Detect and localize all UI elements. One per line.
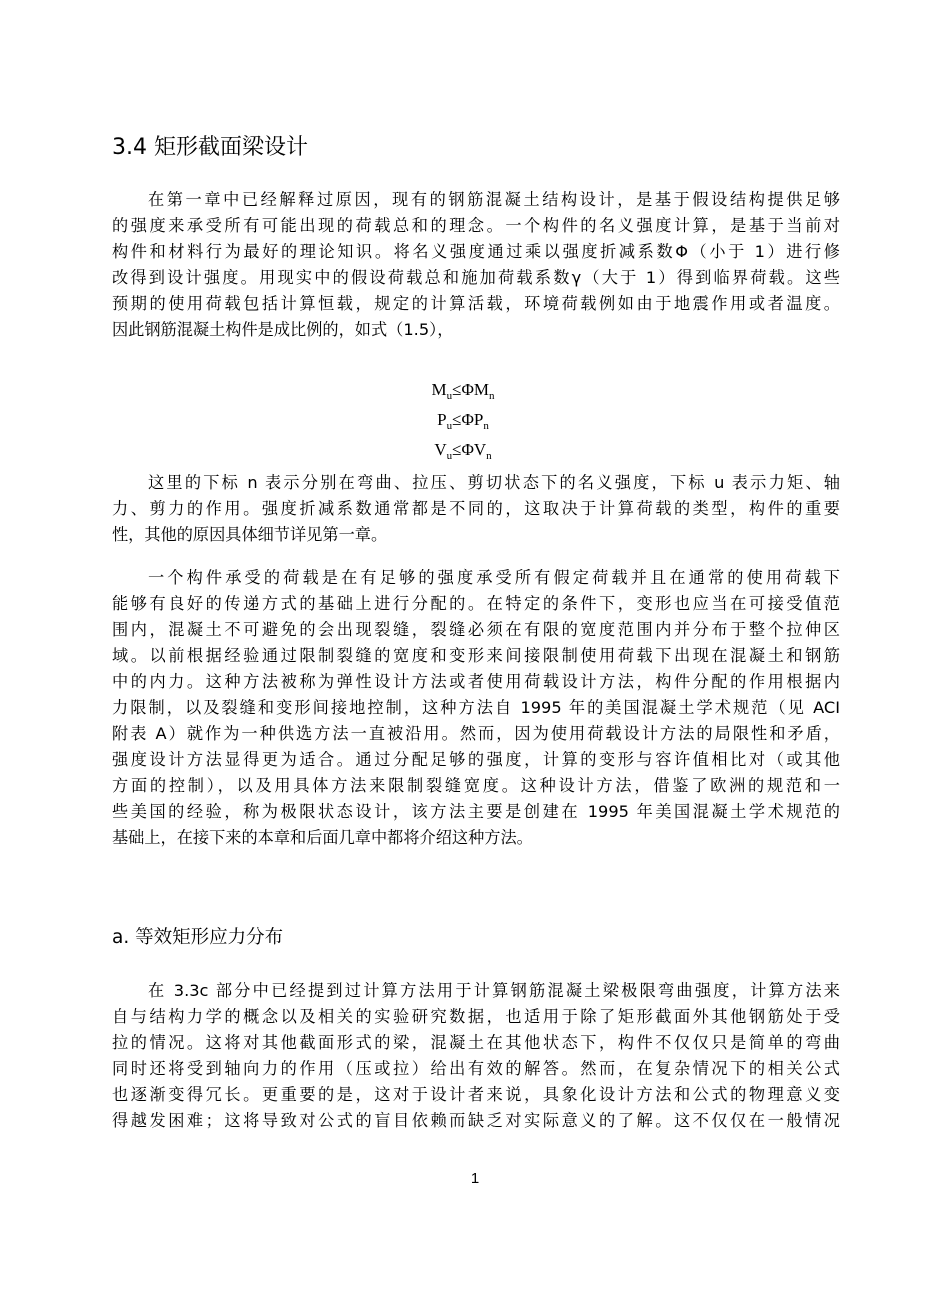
p2-line-2: 力、剪力的作用。强度折减系数通常都是不同的，这取决于计算荷载的类型，构件的重要 (112, 496, 840, 522)
p3-line-10: 些美国的经验，称为极限状态设计，该方法主要是创建在 1995 年美国混凝土学术规… (112, 799, 840, 825)
p1-line-5: 预期的使用荷载包括计算恒载，规定的计算活载，环境荷载例如由于地震作用或者温度。 (112, 291, 840, 317)
p4-line-2: 自与结构力学的概念以及相关的实验研究数据，也适用于除了矩形截面外其他钢筋处于受 (112, 1004, 840, 1030)
document-page: 3.4 矩形截面梁设计 在第一章中已经解释过原因，现有的钢筋混凝土结构设计，是基… (0, 0, 926, 1309)
p3-line-4: 域。以前根据经验通过限制裂缝的宽度和变形来间接限制使用荷载下出现在混凝土和钢筋 (112, 643, 840, 669)
p3-line-1: 一个构件承受的荷载是在有足够的强度承受所有假定荷载并且在通常的使用荷载下 (148, 565, 840, 591)
p3-line-9: 方面的控制），以及用具体方法来限制裂缝宽度。这种设计方法，借鉴了欧洲的规范和一 (112, 773, 840, 799)
p3-line-6: 力限制，以及裂缝和变形间接地控制，这种方法自 1995 年的美国混凝土学术规范（… (112, 695, 840, 721)
p3-line-5: 中的内力。这种方法被称为弹性设计方法或者使用荷载设计方法，构件分配的作用根据内 (112, 669, 840, 695)
equation-axial: Pu≤ΦPn (0, 408, 926, 432)
subsection-title: a. 等效矩形应力分布 (112, 925, 283, 951)
p3-line-7: 附表 A）就作为一种供选方法一直被沿用。然而，因为使用荷载设计方法的局限性和矛盾… (112, 721, 840, 747)
p2-line-3: 性，其他的原因具体细节详见第一章。 (112, 522, 840, 548)
equation-shear: Vu≤ΦVn (0, 438, 926, 462)
p1-line-4: 改得到设计强度。用现实中的假设荷载总和施加荷载系数γ（大于 1）得到临界荷载。这… (112, 265, 840, 291)
p1-line-2: 的强度来承受所有可能出现的荷载总和的理念。一个构件的名义强度计算，是基于当前对 (112, 213, 840, 239)
p1-line-1: 在第一章中已经解释过原因，现有的钢筋混凝土结构设计，是基于假设结构提供足够 (148, 187, 840, 213)
p4-line-5: 也逐渐变得冗长。更重要的是，这对于设计者来说，具象化设计方法和公式的物理意义变 (112, 1082, 840, 1108)
p3-line-2: 能够有良好的传递方式的基础上进行分配的。在特定的条件下，变形也应当在可接受值范 (112, 591, 840, 617)
p3-line-11: 基础上，在接下来的本章和后面几章中都将介绍这种方法。 (112, 825, 840, 851)
p4-line-1: 在 3.3c 部分中已经提到过计算方法用于计算钢筋混凝土梁极限弯曲强度，计算方法… (148, 978, 840, 1004)
p4-line-6: 得越发困难；这将导致对公式的盲目依赖而缺乏对实际意义的了解。这不仅仅在一般情况 (112, 1108, 840, 1134)
p1-line-6: 因此钢筋混凝土构件是成比例的，如式（1.5）， (112, 317, 840, 343)
equation-moment: Mu≤ΦMn (0, 378, 926, 402)
section-title: 3.4 矩形截面梁设计 (112, 133, 308, 163)
p2-line-1: 这里的下标 n 表示分别在弯曲、拉压、剪切状态下的名义强度，下标 u 表示力矩、… (148, 470, 840, 496)
p4-line-4: 同时还将受到轴向力的作用（压或拉）给出有效的解答。然而，在复杂情况下的相关公式 (112, 1056, 840, 1082)
page-number: 1 (0, 1169, 926, 1189)
p4-line-3: 拉的情况。这将对其他截面形式的梁，混凝土在其他状态下，构件不仅仅只是简单的弯曲 (112, 1030, 840, 1056)
p3-line-3: 围内，混凝土不可避免的会出现裂缝，裂缝必须在有限的宽度范围内并分布于整个拉伸区 (112, 617, 840, 643)
p1-line-3: 构件和材料行为最好的理论知识。将名义强度通过乘以强度折减系数Φ（小于 1）进行修 (112, 239, 840, 265)
p3-line-8: 强度设计方法显得更为适合。通过分配足够的强度，计算的变形与容许值相比对（或其他 (112, 747, 840, 773)
